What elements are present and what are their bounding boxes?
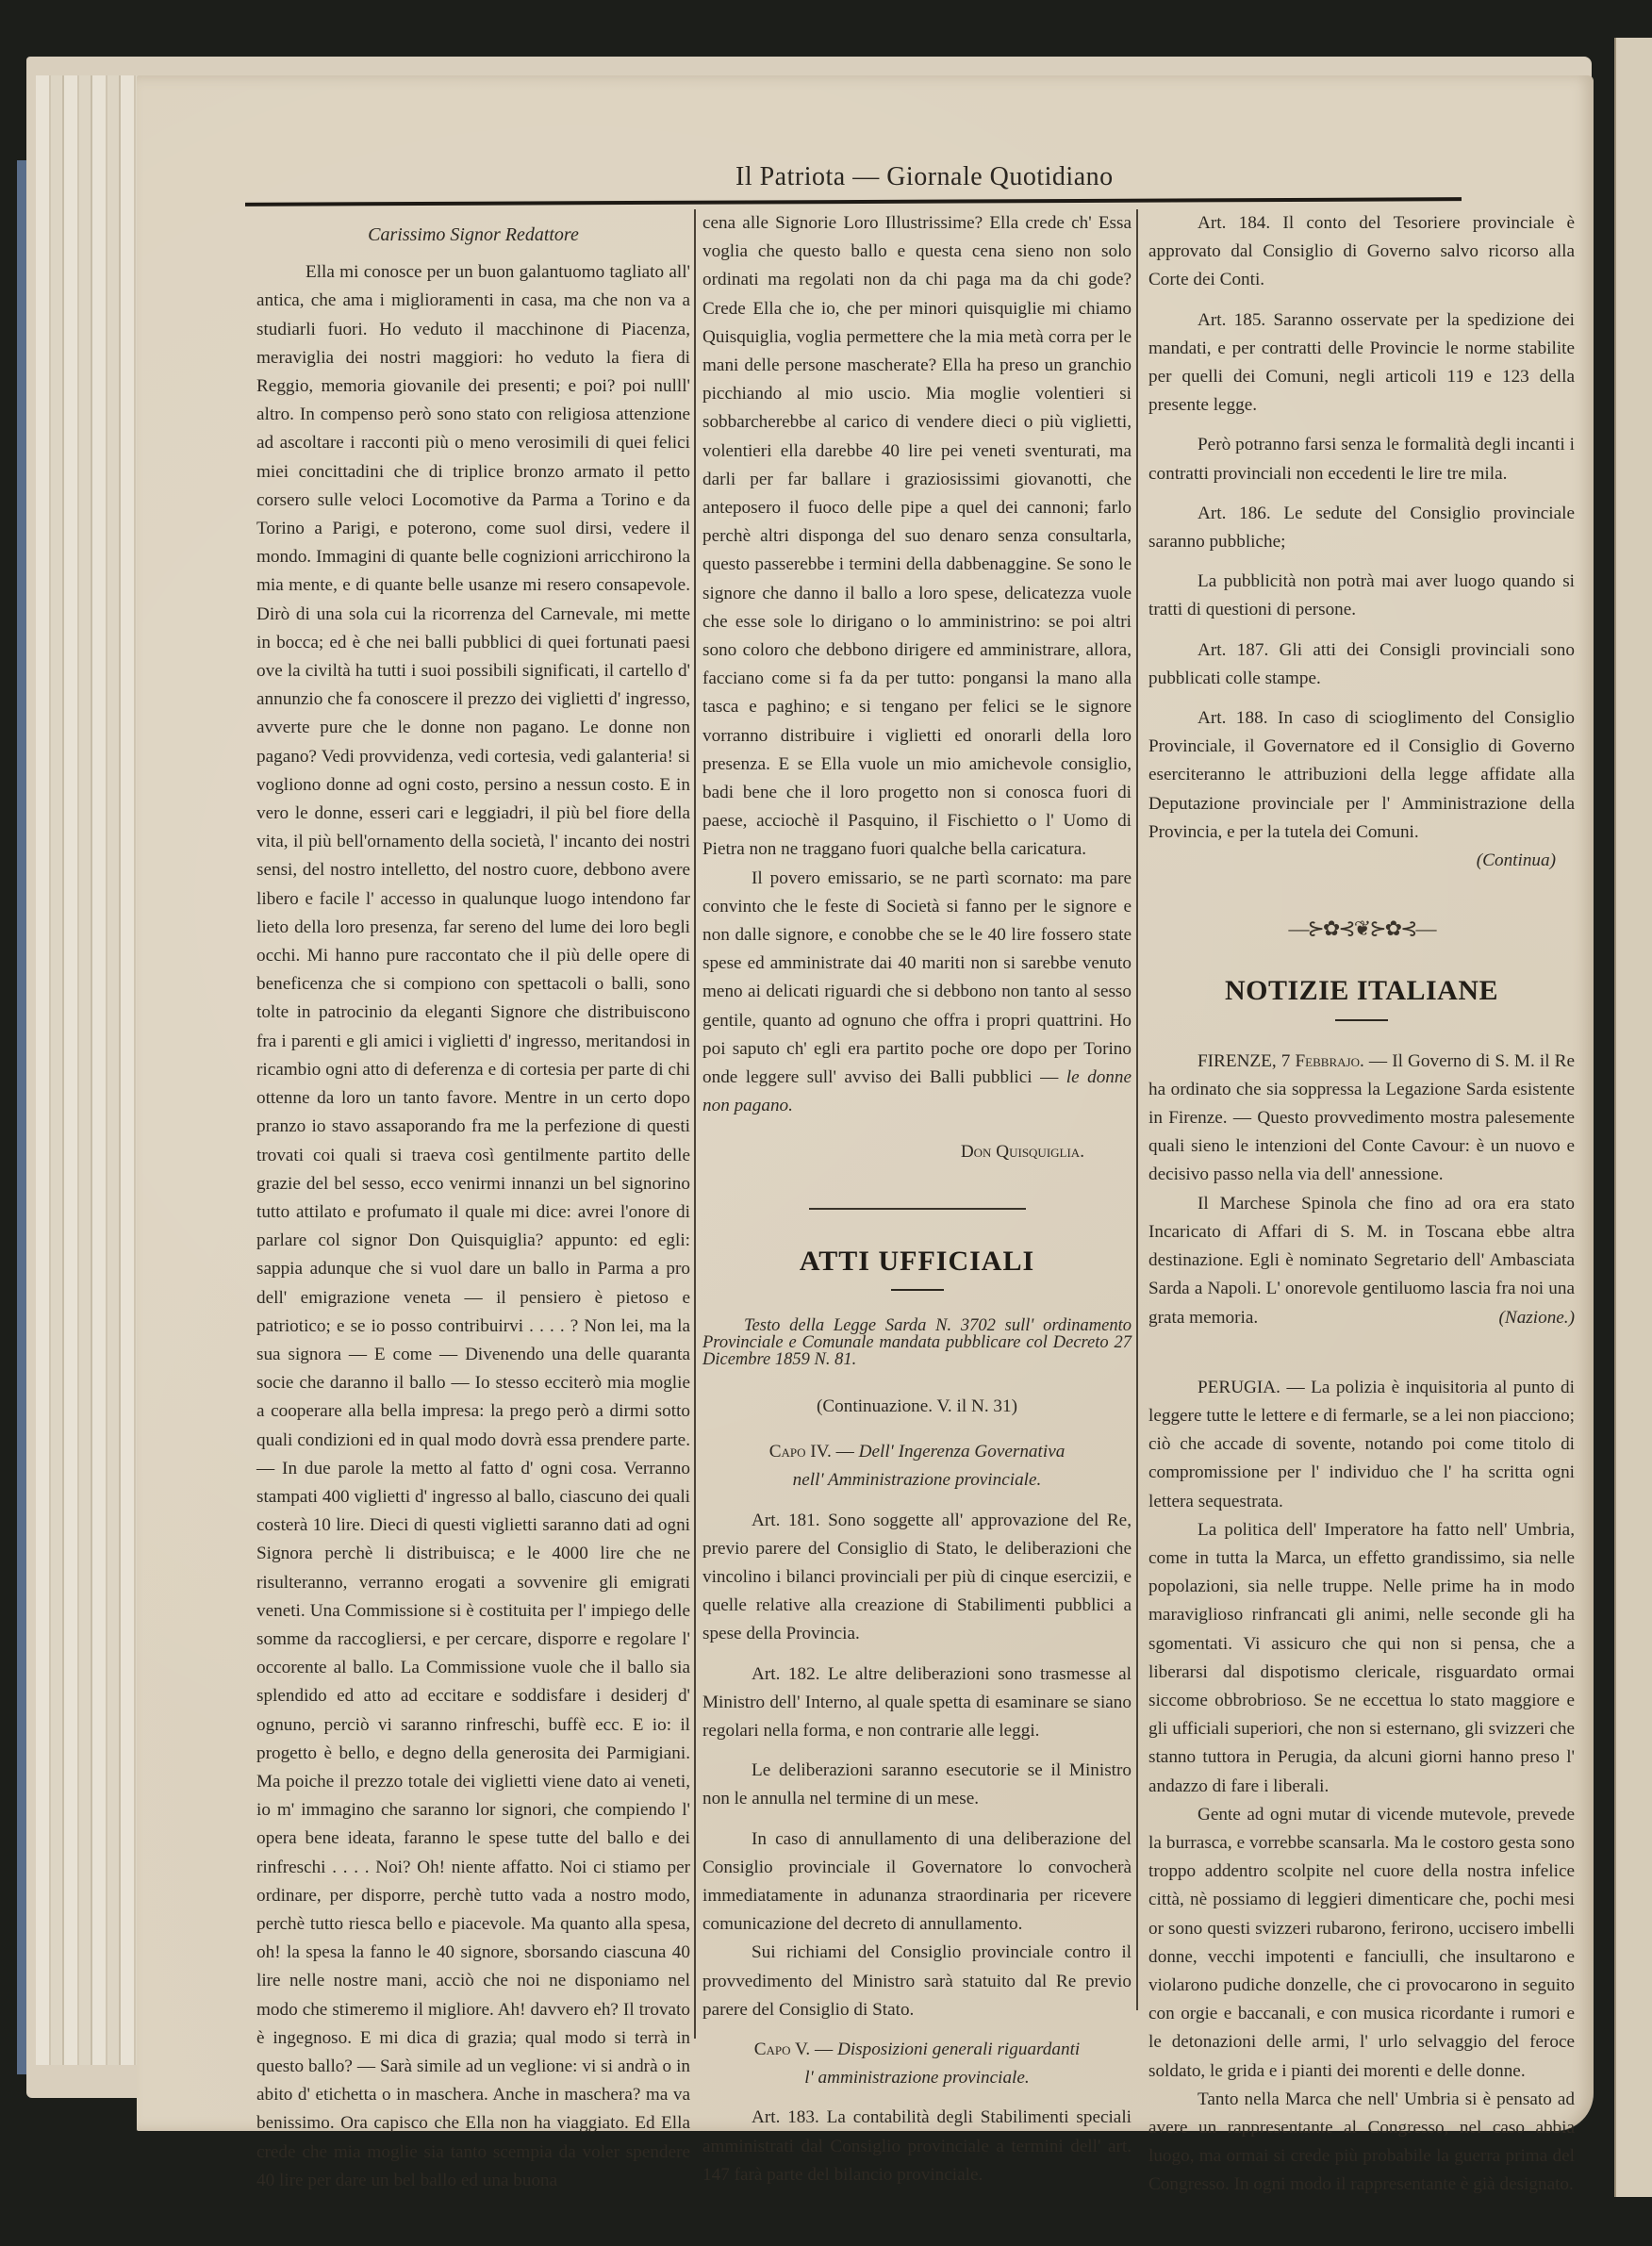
news-paragraph: Gente ad ogni mutar di vicende mutevole,… bbox=[1148, 1801, 1575, 2086]
continuation-note: (Continuazione. V. il N. 31) bbox=[702, 1393, 1132, 1421]
news-paragraph: Il Marchese Spinola che fino ad ora era … bbox=[1148, 1190, 1575, 1332]
section-divider bbox=[809, 1208, 1026, 1210]
facing-page-edge bbox=[1614, 38, 1652, 2197]
article-181: Art. 181. Sono soggette all' approvazion… bbox=[702, 1507, 1132, 1649]
article-paragraph: La pubblicità non potrà mai aver luogo q… bbox=[1148, 568, 1575, 624]
capo-5-subheading: l' amministrazione provinciale. bbox=[702, 2064, 1132, 2092]
column-divider bbox=[694, 209, 696, 2039]
letter-paragraph: Ella mi conosce per un buon galantuomo t… bbox=[256, 258, 690, 2195]
article-183: Art. 183. La contabilità degli Stabilime… bbox=[702, 2104, 1132, 2189]
article-186: Art. 186. Le sedute del Consiglio provin… bbox=[1148, 500, 1575, 556]
news-paragraph: La politica dell' Imperatore ha fatto ne… bbox=[1148, 1516, 1575, 1801]
article-paragraph: In caso di annullamento di una deliberaz… bbox=[702, 1825, 1132, 1940]
article-185: Art. 185. Saranno osservate per la spedi… bbox=[1148, 306, 1575, 421]
masthead-title: Il Patriota — Giornale Quotidiano bbox=[735, 162, 1114, 192]
page-edges bbox=[36, 75, 140, 2065]
column-divider bbox=[1136, 209, 1138, 2010]
column-3: Art. 184. Il conto del Tesoriere provinc… bbox=[1148, 209, 1575, 2200]
news-source: (Nazione.) bbox=[1450, 1304, 1575, 1332]
masthead: Il Patriota — Giornale Quotidiano bbox=[245, 162, 1462, 200]
article-paragraph: Sui richiami del Consiglio provinciale c… bbox=[702, 1939, 1132, 2024]
article-188: Art. 188. In caso di scioglimento del Co… bbox=[1148, 704, 1575, 847]
capo-4-heading: Capo IV. — Dell' Ingerenza Governativa bbox=[702, 1438, 1132, 1466]
letter-title: Carissimo Signor Redattore bbox=[256, 221, 690, 249]
signature: Don Quisquiglia. bbox=[702, 1138, 1132, 1166]
continua-note: (Continua) bbox=[1148, 847, 1575, 875]
dateline: FIRENZE, 7 Febbrajo. bbox=[1198, 1051, 1364, 1071]
news-paragraph: Tanto nella Marca che nell' Umbria si è … bbox=[1148, 2086, 1575, 2200]
ornament-divider-icon: —⊱✿⊰❦⊱✿⊰— bbox=[1148, 915, 1575, 943]
article-184: Art. 184. Il conto del Tesoriere provinc… bbox=[1148, 209, 1575, 295]
article-182: Art. 182. Le altre deliberazioni sono tr… bbox=[702, 1660, 1132, 1746]
news-firenze: FIRENZE, 7 Febbrajo. — Il Governo di S. … bbox=[1148, 1048, 1575, 1190]
column-1: Carissimo Signor Redattore Ella mi conos… bbox=[256, 209, 690, 2195]
letter-paragraph: cena alle Signorie Loro Illustrissime? E… bbox=[702, 209, 1132, 865]
section-title-atti-ufficiali: ATTI UFFICIALI bbox=[702, 1247, 1132, 1276]
letter-paragraph: Il povero emissario, se ne partì scornat… bbox=[702, 865, 1132, 1121]
capo-5-heading: Capo V. — Disposizioni generali riguarda… bbox=[702, 2036, 1132, 2064]
capo-4-subheading: nell' Amministrazione provinciale. bbox=[702, 1466, 1132, 1495]
news-perugia: PERUGIA. — La polizia è inquisitoria al … bbox=[1148, 1374, 1575, 1516]
article-paragraph: Però potranno farsi senza le formalità d… bbox=[1148, 431, 1575, 487]
article-187: Art. 187. Gli atti dei Consigli provinci… bbox=[1148, 636, 1575, 693]
article-paragraph: Le deliberazioni saranno esecutorie se i… bbox=[702, 1757, 1132, 1813]
column-2: cena alle Signorie Loro Illustrissime? E… bbox=[702, 209, 1132, 2189]
section-title-notizie-italiane: NOTIZIE ITALIANE bbox=[1148, 977, 1575, 1005]
title-underline bbox=[891, 1289, 944, 1291]
law-heading: Testo della Legge Sarda N. 3702 sull' or… bbox=[702, 1317, 1132, 1368]
title-underline bbox=[1335, 1019, 1388, 1021]
dateline: PERUGIA. bbox=[1198, 1378, 1280, 1397]
